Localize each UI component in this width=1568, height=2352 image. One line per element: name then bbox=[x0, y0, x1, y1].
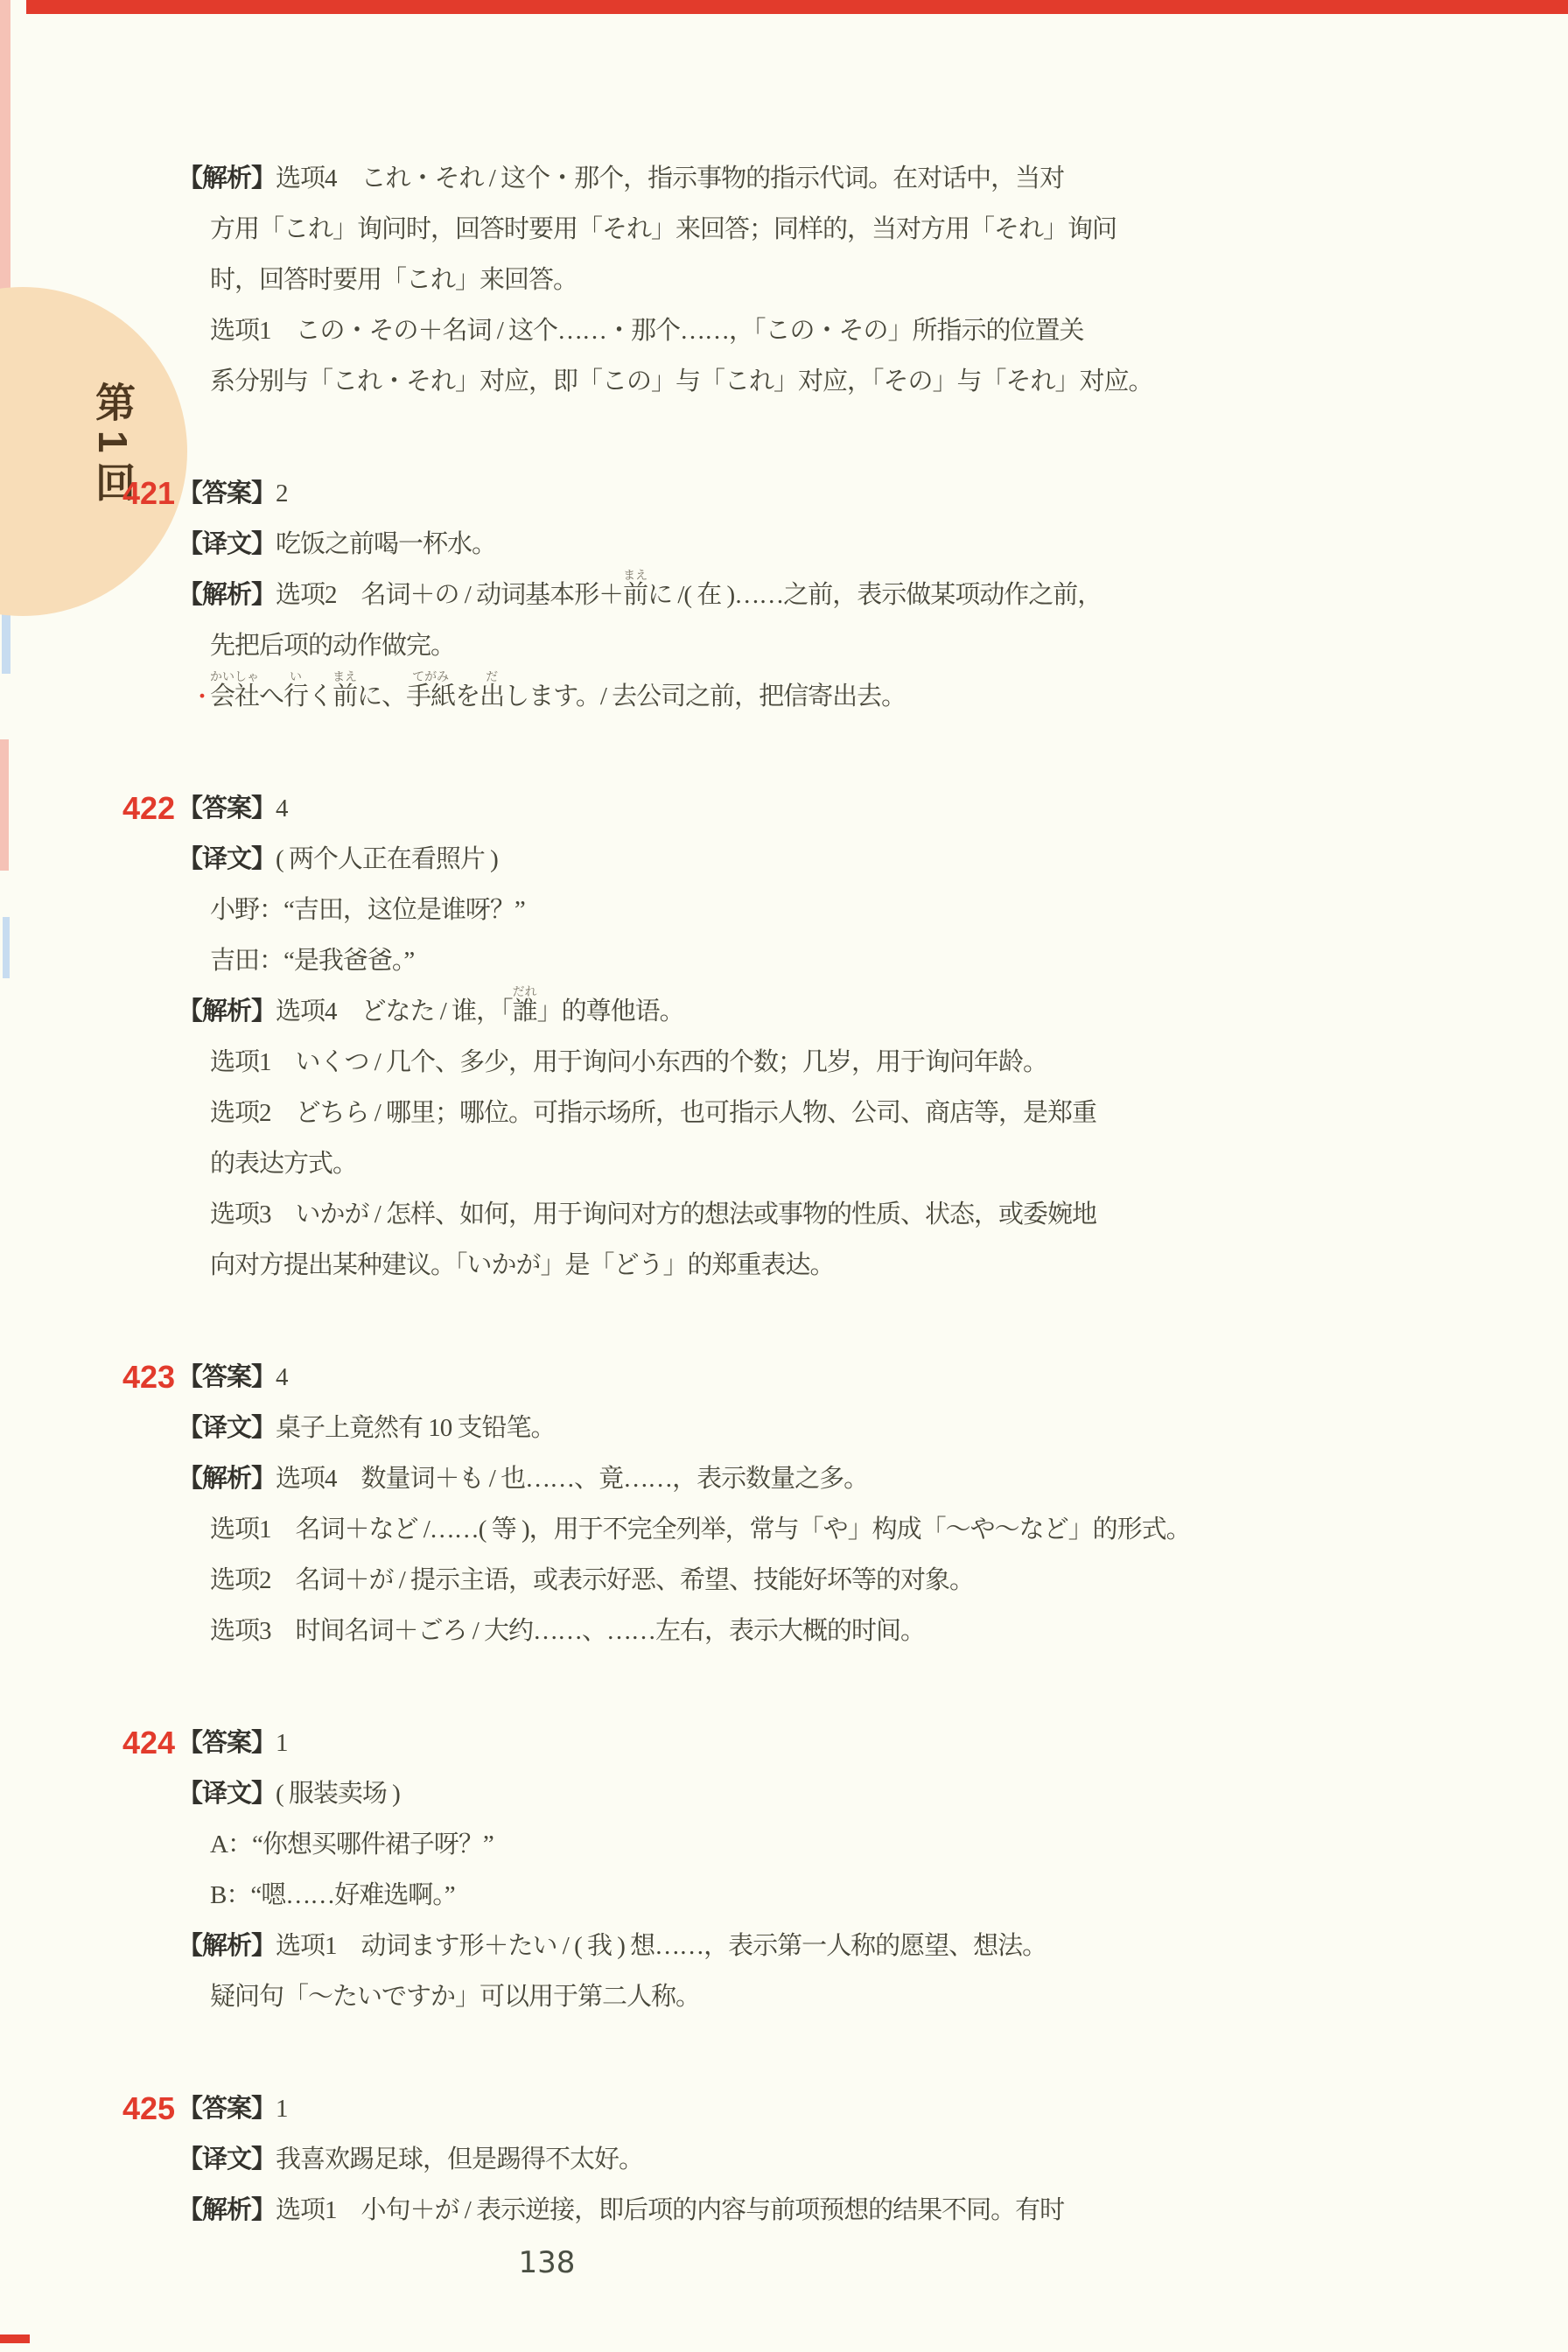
furigana-reading: かいしゃ bbox=[210, 671, 259, 684]
bracket-label: 【解析】 bbox=[178, 164, 276, 192]
bracket-label: 【答案】 bbox=[178, 1729, 276, 1757]
question-number: 422 bbox=[122, 783, 175, 834]
text-line: 【解析】选项1 动词ます形＋たい / ( 我 ) 想……，表示第一人称的愿望、想… bbox=[178, 1921, 936, 1971]
bottom-left-red-mark bbox=[0, 2334, 30, 2343]
question-number: 424 bbox=[122, 1718, 175, 1768]
furigana-reading: まえ bbox=[623, 570, 647, 583]
bracket-label: 【译文】 bbox=[178, 1780, 276, 1808]
text-line: 【译文】( 两个人正在看照片 ) bbox=[178, 834, 936, 885]
text-line: 系分别与「これ・それ」对应，即「この」与「これ」对应，「その」与「それ」对应。 bbox=[210, 356, 936, 407]
text-line: 【答案】1 bbox=[178, 1718, 936, 1768]
content-column: 【解析】选项4 これ・それ / 这个・那个，指示事物的指示代词。在对话中，当对方… bbox=[210, 153, 936, 2236]
furigana-reading: てがみ bbox=[406, 671, 455, 684]
top-edge-scan-bar bbox=[26, 0, 1568, 14]
page-number: 138 bbox=[179, 2245, 914, 2280]
furigana-reading: い bbox=[283, 671, 308, 684]
text-line: 【解析】选项1 小句＋が / 表示逆接，即后项的内容与前项预想的结果不同。有时 bbox=[178, 2185, 936, 2236]
bracket-label: 【译文】 bbox=[178, 530, 276, 558]
text-line: 【答案】4 bbox=[178, 1352, 936, 1403]
text-line: 【答案】1 bbox=[178, 2083, 936, 2134]
text-line: 的表达方式。 bbox=[210, 1138, 936, 1189]
bracket-label: 【答案】 bbox=[178, 479, 276, 507]
text-line: 【译文】吃饭之前喝一杯水。 bbox=[178, 519, 936, 570]
answer-section-423: 423【答案】4【译文】桌子上竟然有 10 支铅笔。【解析】选项4 数量词＋も … bbox=[210, 1352, 936, 1656]
furigana-reading: だれ bbox=[513, 986, 537, 999]
bracket-label: 【解析】 bbox=[178, 997, 276, 1025]
bracket-label: 【解析】 bbox=[178, 1932, 276, 1960]
question-number: 425 bbox=[122, 2083, 175, 2134]
left-edge-pink-strip-mid bbox=[0, 739, 9, 871]
furigana-ruby: 前まえ bbox=[623, 581, 647, 609]
scanned-book-page: { "page": { "number": "138" }, "badge": … bbox=[0, 0, 1568, 2352]
text-line: 【答案】2 bbox=[178, 468, 936, 519]
furigana-ruby: 出だ bbox=[479, 682, 504, 710]
bracket-label: 【译文】 bbox=[178, 845, 276, 873]
text-line: 【解析】选项4 どなた / 谁，「誰だれ」的尊他语。 bbox=[178, 986, 936, 1037]
bullet-dot-icon: ・ bbox=[191, 672, 210, 723]
answer-section-422: 422【答案】4【译文】( 两个人正在看照片 )小野：“吉田，这位是谁呀？”吉田… bbox=[210, 783, 936, 1291]
question-number: 421 bbox=[122, 468, 175, 519]
text-line: 【解析】选项4 数量词＋も / 也……、竟……，表示数量之多。 bbox=[178, 1453, 936, 1504]
bracket-label: 【答案】 bbox=[178, 794, 276, 822]
bracket-label: 【解析】 bbox=[178, 581, 276, 609]
furigana-reading: まえ bbox=[332, 671, 357, 684]
text-line: 小野：“吉田，这位是谁呀？” bbox=[210, 885, 936, 935]
answer-section-424: 424【答案】1【译文】( 服装卖场 )A：“你想买哪件裙子呀？”B：“嗯……好… bbox=[210, 1718, 936, 2022]
text-line: 先把后项的动作做完。 bbox=[210, 620, 936, 671]
text-line: 吉田：“是我爸爸。” bbox=[210, 935, 936, 986]
furigana-ruby: 手紙てがみ bbox=[406, 682, 455, 710]
text-line: 【译文】我喜欢踢足球，但是踢得不太好。 bbox=[178, 2134, 936, 2185]
text-line: B：“嗯……好难选啊。” bbox=[210, 1870, 936, 1921]
bracket-label: 【译文】 bbox=[178, 2145, 276, 2173]
left-edge-blue-tick bbox=[3, 917, 10, 978]
bracket-label: 【答案】 bbox=[178, 2095, 276, 2123]
text-line: 选项1 いくつ / 几个、多少，用于询问小东西的个数；几岁，用于询问年龄。 bbox=[210, 1037, 936, 1088]
text-line: 【译文】桌子上竟然有 10 支铅笔。 bbox=[178, 1403, 936, 1453]
text-line: 疑问句「～たいですか」可以用于第二人称。 bbox=[210, 1971, 936, 2022]
answer-section-425: 425【答案】1【译文】我喜欢踢足球，但是踢得不太好。【解析】选项1 小句＋が … bbox=[210, 2083, 936, 2236]
text-line: 【译文】( 服装卖场 ) bbox=[178, 1768, 936, 1819]
text-line: 选项1 名词＋など /……( 等 )，用于不完全列举，常与「や」构成「～や～など… bbox=[210, 1504, 936, 1555]
text-line: 选项2 名词＋が / 提示主语，或表示好恶、希望、技能好坏等的对象。 bbox=[210, 1555, 936, 1606]
question-number: 423 bbox=[122, 1352, 175, 1403]
bracket-label: 【译文】 bbox=[178, 1414, 276, 1442]
furigana-ruby: 誰だれ bbox=[513, 997, 537, 1025]
text-line: ・会社かいしゃへ行いく前まえに、手紙てがみを出だします。/ 去公司之前，把信寄出… bbox=[210, 671, 936, 722]
text-line: 选项3 时间名词＋ごろ / 大约……、……左右，表示大概的时间。 bbox=[210, 1606, 936, 1656]
text-line: 方用「これ」询问时，回答时要用「それ」来回答；同样的，当对方用「それ」询问 bbox=[210, 204, 936, 255]
carryover-explanation-section: 【解析】选项4 これ・それ / 这个・那个，指示事物的指示代词。在对话中，当对方… bbox=[210, 153, 936, 407]
bracket-label: 【解析】 bbox=[178, 2196, 276, 2224]
furigana-ruby: 行い bbox=[283, 682, 308, 710]
furigana-ruby: 会社かいしゃ bbox=[210, 682, 259, 710]
text-line: 选项2 どちら / 哪里；哪位。可指示场所，也可指示人物、公司、商店等，是郑重 bbox=[210, 1088, 936, 1138]
text-line: 【答案】4 bbox=[178, 783, 936, 834]
text-line: 【解析】选项4 これ・それ / 这个・那个，指示事物的指示代词。在对话中，当对 bbox=[178, 153, 936, 204]
text-line: 时，回答时要用「これ」来回答。 bbox=[210, 255, 936, 305]
text-line: 选项3 いかが / 怎样、如何，用于询问对方的想法或事物的性质、状态，或委婉地 bbox=[210, 1189, 936, 1240]
text-line: 【解析】选项2 名词＋の / 动词基本形＋前まえに /( 在 )……之前，表示做… bbox=[178, 570, 936, 620]
furigana-reading: だ bbox=[479, 671, 504, 684]
answer-section-421: 421【答案】2【译文】吃饭之前喝一杯水。【解析】选项2 名词＋の / 动词基本… bbox=[210, 468, 936, 722]
text-line: A：“你想买哪件裙子呀？” bbox=[210, 1819, 936, 1870]
bracket-label: 【答案】 bbox=[178, 1363, 276, 1391]
furigana-ruby: 前まえ bbox=[332, 682, 357, 710]
bracket-label: 【解析】 bbox=[178, 1465, 276, 1493]
text-line: 向对方提出某种建议。「いかが」是「どう」的郑重表达。 bbox=[210, 1240, 936, 1291]
text-line: 选项1 この・その＋名词 / 这个……・那个……，「この・その」所指示的位置关 bbox=[210, 305, 936, 356]
